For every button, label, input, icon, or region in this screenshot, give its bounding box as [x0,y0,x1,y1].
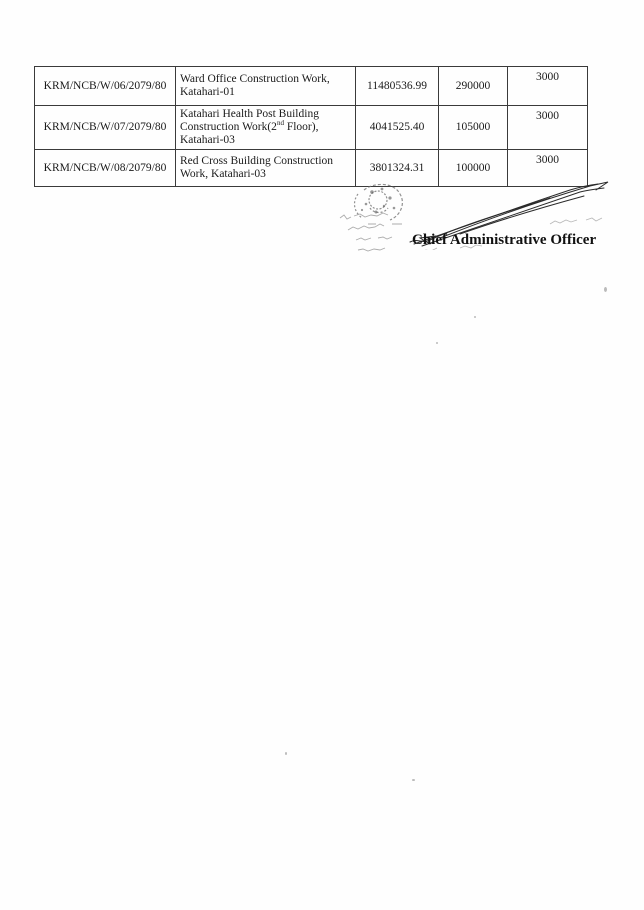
document-fee: 3000 [508,106,588,150]
signatory-title: Chief Administrative Officer [412,232,596,249]
document-fee: 3000 [508,67,588,106]
scan-speck [604,287,607,292]
estimated-cost: 4041525.40 [356,106,439,150]
scan-speck [436,342,438,344]
contract-code: KRM/NCB/W/07/2079/80 [35,106,176,150]
contract-code: KRM/NCB/W/06/2079/80 [35,67,176,106]
work-description: Red Cross Building Construction Work, Ka… [176,150,356,187]
work-description: Katahari Health Post Building Constructi… [176,106,356,150]
work-description: Ward Office Construction Work, Katahari-… [176,67,356,106]
contract-code: KRM/NCB/W/08/2079/80 [35,150,176,187]
bid-security: 105000 [439,106,508,150]
document-page: KRM/NCB/W/06/2079/80 Ward Office Constru… [0,0,644,910]
estimated-cost: 11480536.99 [356,67,439,106]
table-row: KRM/NCB/W/07/2079/80 Katahari Health Pos… [35,106,588,150]
scan-speck [412,779,415,781]
scan-speck [285,752,287,755]
table-row: KRM/NCB/W/06/2079/80 Ward Office Constru… [35,67,588,106]
tender-table: KRM/NCB/W/06/2079/80 Ward Office Constru… [34,66,588,187]
bid-security: 290000 [439,67,508,106]
scan-speck [474,316,476,318]
